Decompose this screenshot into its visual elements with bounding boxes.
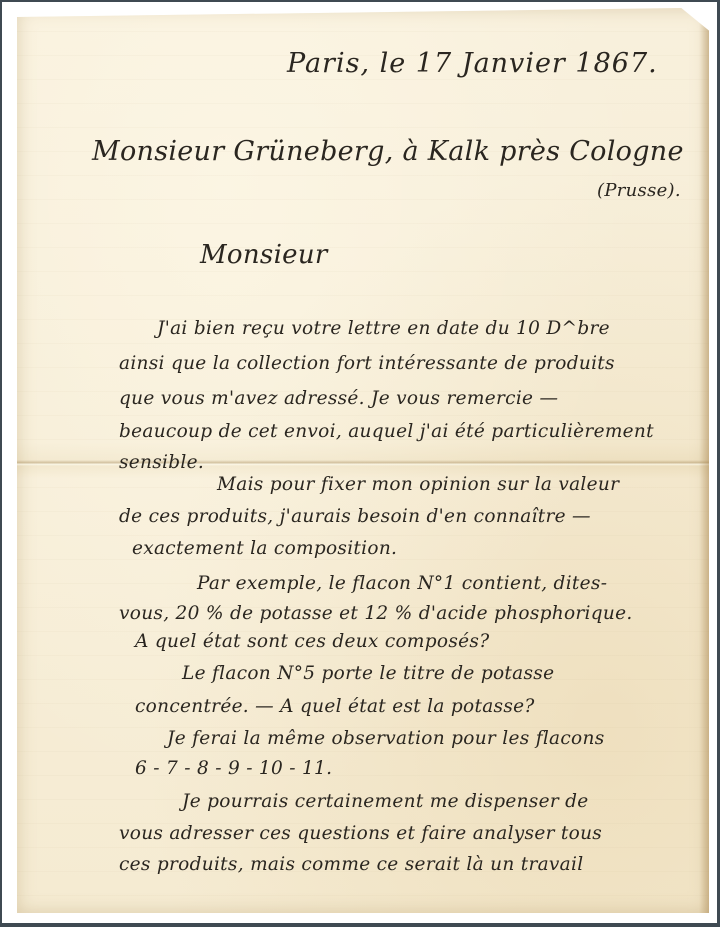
addressee-line: Monsieur Grüneberg, à Kalk près Cologne: [92, 136, 684, 167]
scan-frame: Paris, le 17 Janvier 1867. Monsieur Grün…: [2, 2, 717, 923]
body-line: sensible.: [119, 452, 204, 473]
body-line: Mais pour fixer mon opinion sur la valeu…: [217, 474, 619, 495]
body-line: J'ai bien reçu votre lettre en date du 1…: [157, 318, 610, 339]
body-line: beaucoup de cet envoi, auquel j'ai été p…: [119, 421, 654, 442]
body-line: ces produits, mais comme ce serait là un…: [119, 854, 583, 875]
body-line: Je ferai la même observation pour les fl…: [167, 728, 605, 749]
body-line: 6 - 7 - 8 - 9 - 10 - 11.: [135, 758, 332, 779]
body-line: concentrée. — A quel état est la potasse…: [135, 696, 535, 717]
body-line: de ces produits, j'aurais besoin d'en co…: [119, 506, 591, 527]
body-line: A quel état sont ces deux composés?: [135, 631, 489, 652]
place-date: Paris, le 17 Janvier 1867.: [287, 48, 658, 79]
body-line: vous, 20 % de potasse et 12 % d'acide ph…: [119, 603, 633, 624]
body-line: ainsi que la collection fort intéressant…: [119, 353, 615, 374]
letter-page: Paris, le 17 Janvier 1867. Monsieur Grün…: [17, 8, 709, 913]
body-line: Je pourrais certainement me dispenser de: [182, 791, 589, 812]
body-line: vous adresser ces questions et faire ana…: [119, 823, 602, 844]
body-line: Le flacon N°5 porte le titre de potasse: [182, 663, 554, 684]
body-line: exactement la composition.: [132, 538, 397, 559]
paper-edge-stain: [699, 8, 709, 913]
body-line: que vous m'avez adressé. Je vous remerci…: [119, 388, 558, 409]
salutation: Monsieur: [200, 240, 328, 270]
body-line: Par exemple, le flacon N°1 contient, dit…: [197, 573, 607, 594]
addressee-country: (Prusse).: [597, 180, 681, 201]
